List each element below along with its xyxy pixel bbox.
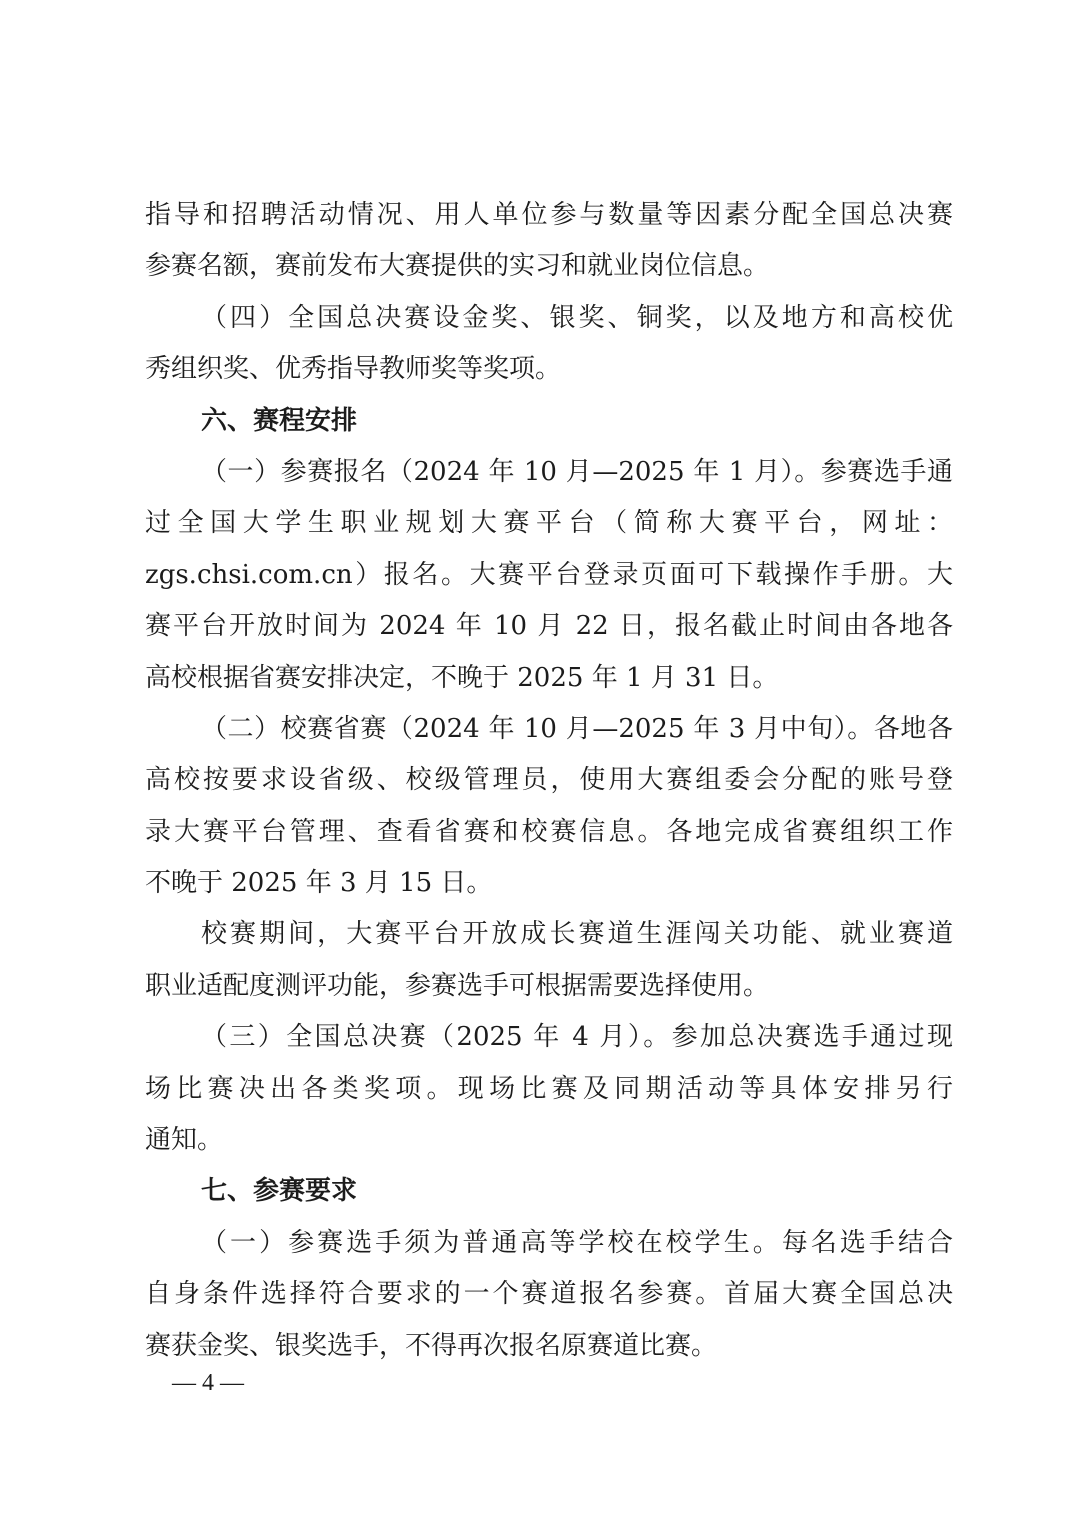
text-line: 不晚于 2025 年 3 月 15 日。	[145, 858, 953, 909]
document-page: 指导和招聘活动情况、用人单位参与数量等因素分配全国总决赛 参赛名额，赛前发布大赛…	[145, 190, 953, 1372]
text-line: 校赛期间，大赛平台开放成长赛道生涯闯关功能、就业赛道	[145, 909, 953, 960]
text-line: 赛获金奖、银奖选手，不得再次报名原赛道比赛。	[145, 1321, 953, 1372]
text-line: （四）全国总决赛设金奖、银奖、铜奖，以及地方和高校优	[145, 293, 953, 344]
section-heading-schedule: 六、赛程安排	[145, 396, 953, 447]
page-number: — 4 —	[172, 1370, 244, 1397]
text-line: 自身条件选择符合要求的一个赛道报名参赛。首届大赛全国总决	[145, 1269, 953, 1320]
text-line: 通知。	[145, 1115, 953, 1166]
text-line: 指导和招聘活动情况、用人单位参与数量等因素分配全国总决赛	[145, 190, 953, 241]
text-line: （一）参赛报名（2024 年 10 月—2025 年 1 月）。参赛选手通	[145, 447, 953, 498]
text-line: 过全国大学生职业规划大赛平台（简称大赛平台，网址：	[145, 498, 953, 549]
text-line: 赛平台开放时间为 2024 年 10 月 22 日，报名截止时间由各地各	[145, 601, 953, 652]
text-line: 录大赛平台管理、查看省赛和校赛信息。各地完成省赛组织工作	[145, 807, 953, 858]
text-line: 秀组织奖、优秀指导教师奖等奖项。	[145, 344, 953, 395]
text-line-with-url: zgs.chsi.com.cn）报名。大赛平台登录页面可下载操作手册。大	[145, 550, 953, 601]
text-line: （二）校赛省赛（2024 年 10 月—2025 年 3 月中旬）。各地各	[145, 704, 953, 755]
text-line: 场比赛决出各类奖项。现场比赛及同期活动等具体安排另行	[145, 1064, 953, 1115]
text-line: 高校按要求设省级、校级管理员，使用大赛组委会分配的账号登	[145, 755, 953, 806]
text-line: 参赛名额，赛前发布大赛提供的实习和就业岗位信息。	[145, 241, 953, 292]
text-line: （三）全国总决赛（2025 年 4 月）。参加总决赛选手通过现	[145, 1012, 953, 1063]
text-line: 高校根据省赛安排决定，不晚于 2025 年 1 月 31 日。	[145, 653, 953, 704]
text-line: 职业适配度测评功能，参赛选手可根据需要选择使用。	[145, 961, 953, 1012]
section-heading-requirements: 七、参赛要求	[145, 1166, 953, 1217]
text-line: （一）参赛选手须为普通高等学校在校学生。每名选手结合	[145, 1218, 953, 1269]
